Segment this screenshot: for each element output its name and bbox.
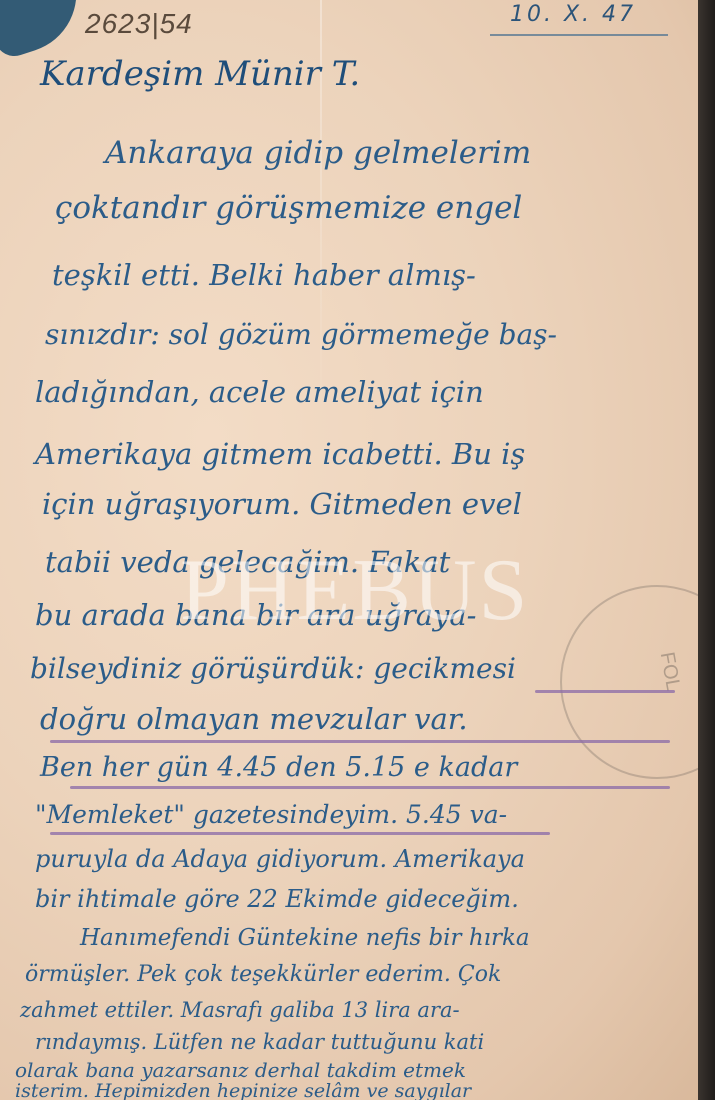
letter-line: bir ihtimale göre 22 Ekimde gideceğim.: [35, 885, 519, 913]
watermark: PHEBUS: [180, 540, 529, 641]
letter-line: "Memleket" gazetesindeyim. 5.45 va-: [35, 800, 507, 829]
letter-line: rındaymış. Lütfen ne kadar tuttuğunu kat…: [35, 1030, 484, 1054]
purple-underline: [50, 832, 550, 835]
purple-underline: [50, 740, 670, 743]
letter-line: ladığından, acele ameliyat için: [35, 375, 484, 409]
letter-line: zahmet ettiler. Masrafı galiba 13 lira a…: [20, 998, 460, 1022]
letter-line: Amerikaya gitmem icabetti. Bu iş: [35, 437, 525, 471]
letter-line: Hanımefendi Güntekine nefis bir hırka: [80, 925, 530, 951]
purple-underline: [535, 690, 675, 693]
scan-edge: [698, 0, 715, 1100]
letter-line: olarak bana yazarsanız derhal takdim etm…: [15, 1058, 466, 1082]
letter-line: bilseydiniz görüşürdük: gecikmesi: [30, 652, 516, 685]
letter-line: puruyla da Adaya gidiyorum. Amerikaya: [35, 845, 525, 873]
letter-line: Ben her gün 4.45 den 5.15 e kadar: [40, 752, 517, 783]
letter-line: Ankaraya gidip gelmelerim: [105, 135, 531, 171]
letter-line: çoktandır görüşmemize engel: [55, 190, 522, 226]
letter-line: isterim. Hepimizden hepinize selâm ve sa…: [15, 1080, 471, 1100]
letter-line: doğru olmayan mevzular var.: [40, 702, 468, 736]
purple-underline: [70, 786, 670, 789]
letter-line: teşkil etti. Belki haber almış-: [52, 258, 476, 292]
letter-paper: 2623|54 10. X. 47 Kardeşim Münir T. FOL …: [0, 0, 698, 1100]
letter-line: örmüşler. Pek çok teşekkürler ederim. Ço…: [25, 962, 501, 987]
letter-line: için uğraşıyorum. Gitmeden evel: [42, 487, 522, 521]
letter-line: sınızdır: sol gözüm görmemeğe baş-: [45, 318, 557, 351]
